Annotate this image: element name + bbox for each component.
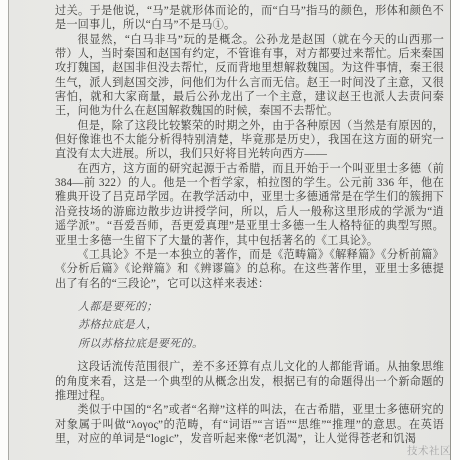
paragraph-white-horse-story: 很显然，“白马非马”玩的是概念。公孙龙是赵国（就在今天的山西那一带）人，当时秦国… (55, 33, 444, 119)
paragraph-aristotle-intro: 在西方，这方面的研究起源于古希腊，而且开始于一个叫亚里士多德（前 384—前 3… (55, 162, 444, 248)
syllogism-line-minor-premise: 苏格拉底是人， (78, 316, 444, 335)
paragraph-logos-logic: 类似于中国的“名”或者“名辩”这样的叫法，在古希腊，亚里士多德研究的对象属于叫做… (55, 403, 444, 446)
paragraph-continuation: 过关。于是他说，“马”是就形体而论的，而“白马”指马的颜色，形体和颜色不是一回事… (55, 4, 444, 33)
watermark-text: 技术社区 (407, 443, 450, 458)
paragraph-syllogism-comment: 这段话流传范围很广，差不多还算有点儿文化的人都能背诵。从抽象思维的角度来看，这是… (55, 360, 444, 403)
scan-left-edge (0, 0, 9, 460)
scan-right-edge (450, 0, 460, 460)
paragraph-organon: 《工具论》不是一本独立的著作，而是《范畴篇》《解释篇》《分析前篇》《分析后篇》《… (55, 248, 444, 291)
syllogism-quote-block: 人都是要死的； 苏格拉底是人， 所以苏格拉底是要死的。 (55, 298, 444, 354)
book-page: 过关。于是他说，“马”是就形体而论的，而“白马”指马的颜色，形体和颜色不是一回事… (9, 0, 450, 460)
syllogism-line-conclusion: 所以苏格拉底是要死的。 (78, 335, 444, 354)
syllogism-line-major-premise: 人都是要死的； (78, 298, 444, 317)
paragraph-research-stalled: 但是，除了这段比较繁荣的时期之外，由于各种原因（当然是有原因的，但好像谁也不太能… (55, 119, 444, 162)
